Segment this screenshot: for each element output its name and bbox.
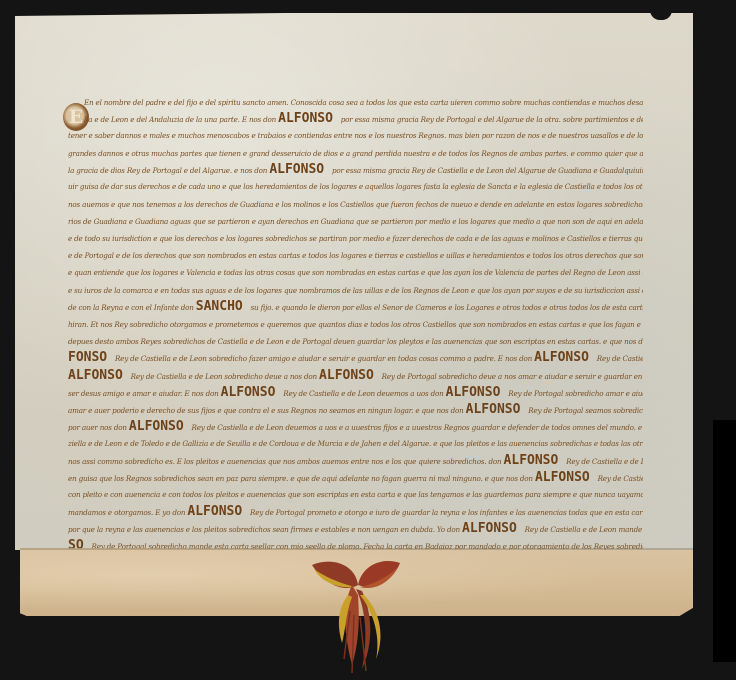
line-text: Rey de Portogal seamos sobredicho en tod… [528, 406, 643, 415]
line-text: rios de Guadiana e Guadiana aguas que se… [68, 217, 643, 226]
line-text: mandamos e otorgamos. E yo don [68, 508, 187, 517]
charter-line: ALFONSO Rey de Castiella e de Leon sobre… [68, 367, 643, 384]
royal-name: ALFONSO [462, 521, 525, 536]
line-text: e su iuros de la comarca e en todas sus … [68, 286, 643, 295]
line-text: Rey de Castiella e de Leon sobredicho qu… [598, 474, 643, 483]
charter-line: En el nombre del padre e del fijo e del … [68, 93, 643, 110]
line-text: depues desto ambos Reyes sobredichos de … [68, 337, 643, 346]
line-text: lla e de Leon e del Andaluzia de la una … [84, 115, 278, 124]
line-text: hiran. Et nos Rey sobredicho otorgamos e… [68, 320, 643, 329]
charter-line: rios de Guadiana e Guadiana aguas que se… [68, 213, 643, 230]
line-text: Rey de Portogal sobredicho amar e aiudar… [508, 389, 643, 398]
charter-line: de con la Reyna e con el Infante don SAN… [68, 298, 643, 315]
royal-name: FONSO [68, 350, 115, 365]
charter-line: e su iuros de la comarca e en todas sus … [68, 281, 643, 298]
line-text: tener e saber dannos e males e muchos me… [68, 131, 643, 140]
charter-line: en guisa que los Regnos sobredichos sean… [68, 469, 643, 486]
charter-line: uir guisa de dar sus derechos e de cada … [68, 178, 643, 195]
line-text: su fijo. e quando le dieron por ellos el… [251, 303, 643, 312]
charter-line: depues desto ambos Reyes sobredichos de … [68, 332, 643, 349]
charter-line: mandamos e otorgamos. E yo don ALFONSO R… [68, 503, 643, 520]
plica-crease [20, 548, 693, 550]
line-text: con pleito e con auenencia e con todos l… [68, 490, 643, 499]
line-text: e de todo su iurisdiction e que los dere… [68, 234, 643, 243]
royal-name: ALFONSO [534, 350, 597, 365]
line-text: amar e auer poderio e derecho de sus fij… [68, 406, 466, 415]
line-text: por essa misma gracia Rey de Portogal e … [341, 115, 643, 124]
royal-name: ALFONSO [187, 504, 250, 519]
line-text: uir guisa de dar sus derechos e de cada … [68, 182, 643, 191]
royal-name: ALFONSO [319, 368, 382, 383]
line-text: Rey de Castiella e de Leon deuemos a uos… [192, 423, 643, 432]
line-text: Rey de Castiella e de Leon sobredicho de… [131, 372, 319, 381]
line-text: en guisa que los Regnos sobredichos sean… [68, 474, 535, 483]
charter-line: e de todo su iurisdiction e que los dere… [68, 230, 643, 247]
royal-name: ALFONSO [535, 470, 598, 485]
charter-line: ziella e de Leon e de Toledo e de Galliz… [68, 435, 643, 452]
line-text: En el nombre del padre e del fijo e del … [84, 98, 643, 107]
royal-name: ALFONSO [221, 385, 284, 400]
line-text: ser desus amigo e amar e aiudar. E nos d… [68, 389, 221, 398]
royal-name: SANCHO [196, 299, 251, 314]
charter-line: lla e de Leon e del Andaluzia de la una … [68, 110, 643, 127]
charter-line: hiran. Et nos Rey sobredicho otorgamos e… [68, 315, 643, 332]
charter-line: tener e saber dannos e males e muchos me… [68, 127, 643, 144]
line-text: Rey de Portogal prometo e otorgo e iuro … [250, 508, 643, 517]
charter-line: amar e auer poderio e derecho de sus fij… [68, 401, 643, 418]
line-text: por auer nos don [68, 423, 129, 432]
royal-name: ALFONSO [504, 453, 567, 468]
charter-line: por auer nos don ALFONSO Rey de Castiell… [68, 418, 643, 435]
charter-line: ser desus amigo e amar e aiudar. E nos d… [68, 384, 643, 401]
line-text: nos assi commo sobredicho es. E los plei… [68, 457, 504, 466]
royal-name: ALFONSO [466, 402, 529, 417]
line-text: nos auemos e que nos tenemos a los derec… [68, 200, 643, 209]
royal-name: ALFONSO [68, 368, 131, 383]
charter-line: nos assi commo sobredicho es. E los plei… [68, 452, 643, 469]
royal-name: ALFONSO [278, 111, 341, 126]
line-text: la gracia de dios Rey de Portogal e del … [68, 166, 269, 175]
line-text: grandes dannos e otras muchas partes que… [68, 149, 643, 158]
charter-line: con pleito e con auenencia e con todos l… [68, 486, 643, 503]
silk-seal-cord [300, 555, 410, 675]
charter-text: En el nombre del padre e del fijo e del … [68, 93, 643, 572]
line-text: Rey de Castiella e de Leon e los Regnos … [566, 457, 643, 466]
line-text: ziella e de Leon e de Toledo e de Galliz… [68, 439, 643, 448]
line-text: Rey de Castiella e de Leon [597, 354, 643, 363]
charter-line: la gracia de dios Rey de Portogal e del … [68, 161, 643, 178]
line-text: de con la Reyna e con el Infante don [68, 303, 196, 312]
line-text: e quan entiende que los logares e Valenc… [68, 268, 643, 277]
charter-line: nos auemos e que nos tenemos a los derec… [68, 196, 643, 213]
charter-line: FONSO Rey de Castiella e de Leon sobredi… [68, 349, 643, 366]
black-mask-block [713, 420, 736, 662]
line-text: Rey de Castiella e de Leon deuemos a uos… [283, 389, 445, 398]
line-text: Rey de Portogal sobredicho deue a nos am… [382, 372, 643, 381]
charter-line: e quan entiende que los logares e Valenc… [68, 264, 643, 281]
line-text: por essa misma gracia Rey de Castiella e… [332, 166, 643, 175]
line-text: Rey de Castiella e de Leon sobredicho fa… [115, 354, 534, 363]
charter-line: grandes dannos e otras muchas partes que… [68, 144, 643, 161]
charter-line: e de Portogal e de los derechos que son … [68, 247, 643, 264]
royal-name: ALFONSO [446, 385, 509, 400]
line-text: e de Portogal e de los derechos que son … [68, 251, 643, 260]
royal-name: ALFONSO [129, 419, 192, 434]
charter-line: por que la reyna e las auenencias e los … [68, 520, 643, 537]
royal-name: ALFONSO [269, 162, 332, 177]
line-text: por que la reyna e las auenencias e los … [68, 525, 462, 534]
line-text: Rey de Castiella e de Leon mande esta ca… [525, 525, 643, 534]
